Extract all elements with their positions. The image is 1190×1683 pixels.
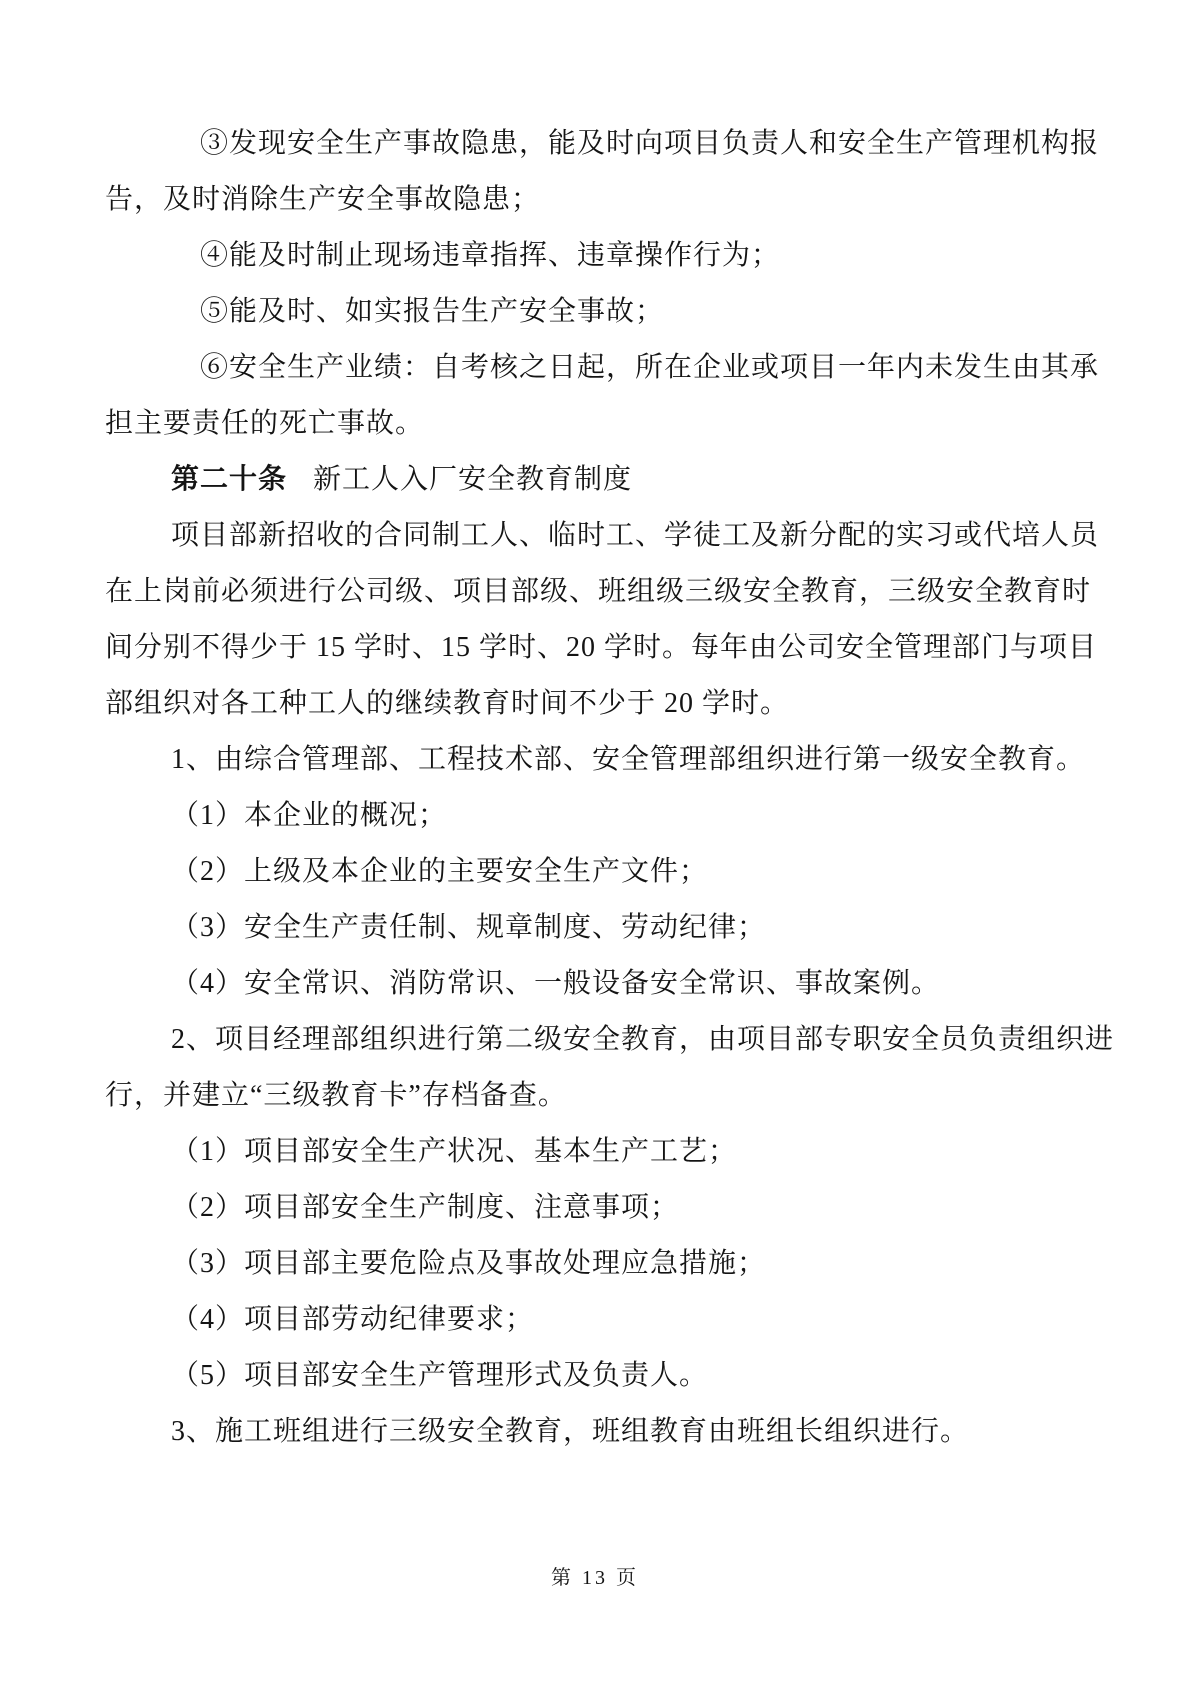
text-line: （1）项目部安全生产状况、基本生产工艺；: [105, 1124, 1085, 1180]
text-line: 1、由综合管理部、工程技术部、安全管理部组织进行第一级安全教育。: [105, 732, 1085, 788]
text-line: （4）项目部劳动纪律要求；: [105, 1292, 1085, 1348]
text-line: ⑥安全生产业绩：自考核之日起，所在企业或项目一年内未发生由其承: [105, 340, 1085, 396]
text-line: （4）安全常识、消防常识、一般设备安全常识、事故案例。: [105, 956, 1085, 1012]
page-number: 第 13 页: [0, 1566, 1190, 1590]
text-line: （2）上级及本企业的主要安全生产文件；: [105, 844, 1085, 900]
text-line: 部组织对各工种工人的继续教育时间不少于 20 学时。: [105, 676, 1085, 732]
text-line: 间分别不得少于 15 学时、15 学时、20 学时。每年由公司安全管理部门与项目: [105, 620, 1085, 676]
text-line: （1）本企业的概况；: [105, 788, 1085, 844]
article-title: 新工人入厂安全教育制度: [313, 464, 632, 495]
text-line: ⑤能及时、如实报告生产安全事故；: [105, 284, 1085, 340]
text-line: 2、项目经理部组织进行第二级安全教育，由项目部专职安全员负责组织进: [105, 1012, 1085, 1068]
text-line: （3）安全生产责任制、规章制度、劳动纪律；: [105, 900, 1085, 956]
text-line: ③发现安全生产事故隐患，能及时向项目负责人和安全生产管理机构报: [105, 116, 1085, 172]
text-line: 行，并建立“三级教育卡”存档备查。: [105, 1068, 1085, 1124]
text-line: （2）项目部安全生产制度、注意事项；: [105, 1180, 1085, 1236]
text-line: （3）项目部主要危险点及事故处理应急措施；: [105, 1236, 1085, 1292]
article-heading: 第二十条新工人入厂安全教育制度: [105, 452, 1085, 508]
text-line: ④能及时制止现场违章指挥、违章操作行为；: [105, 228, 1085, 284]
text-line: 担主要责任的死亡事故。: [105, 396, 1085, 452]
text-line: 告，及时消除生产安全事故隐患；: [105, 172, 1085, 228]
text-line: 在上岗前必须进行公司级、项目部级、班组级三级安全教育，三级安全教育时: [105, 564, 1085, 620]
document-page: ③发现安全生产事故隐患，能及时向项目负责人和安全生产管理机构报 告，及时消除生产…: [0, 0, 1190, 1683]
text-line: （5）项目部安全生产管理形式及负责人。: [105, 1348, 1085, 1404]
document-body: ③发现安全生产事故隐患，能及时向项目负责人和安全生产管理机构报 告，及时消除生产…: [105, 116, 1085, 1460]
article-number: 第二十条: [171, 464, 287, 495]
text-line: 项目部新招收的合同制工人、临时工、学徒工及新分配的实习或代培人员: [105, 508, 1085, 564]
text-line: 3、施工班组进行三级安全教育，班组教育由班组长组织进行。: [105, 1404, 1085, 1460]
